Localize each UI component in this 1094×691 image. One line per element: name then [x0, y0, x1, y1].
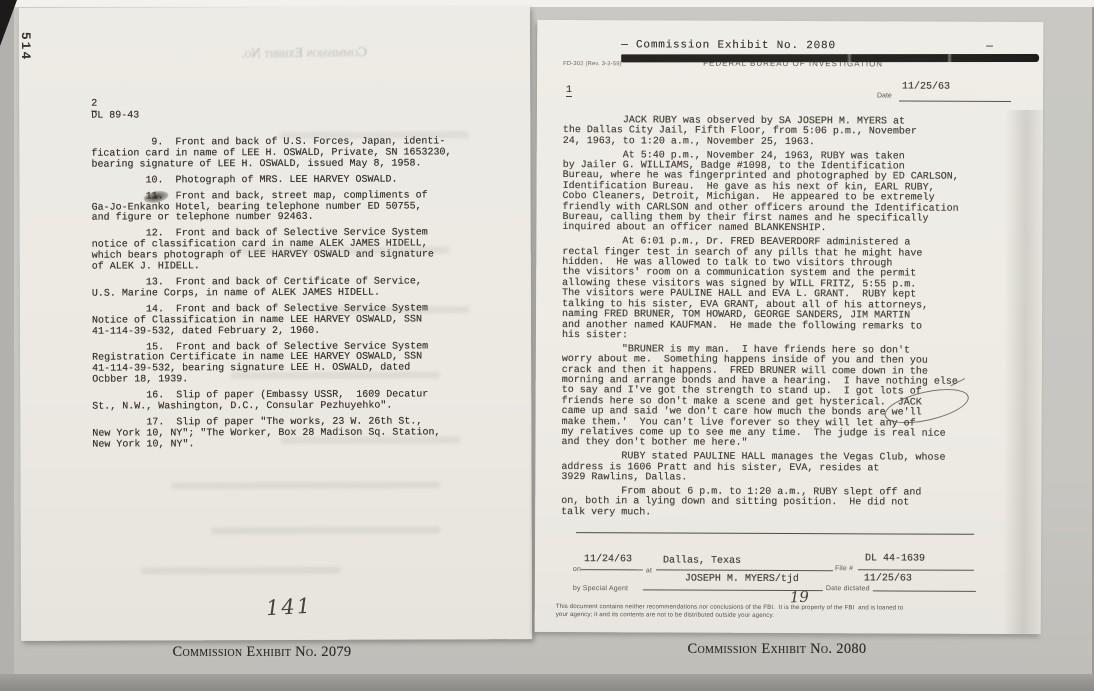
footer-divider-line — [576, 532, 974, 535]
exhibit-2080-page: — Commission Exhibit No. 2080— FD-302 (R… — [535, 20, 1044, 634]
exhibit-2079-caption: Commission Exhibit No. 2079 — [112, 644, 412, 661]
exhibit-stamp-line: — Commission Exhibit No. 2080— — [621, 39, 836, 52]
list-item-17: 17. Slip of paper "The works, 23 W. 26th… — [92, 417, 502, 451]
page-number: 1 — [566, 86, 572, 97]
document-header: 2DL 89-43 — [91, 99, 139, 122]
handwritten-number-141: 141 — [265, 594, 312, 621]
form-number: FD-302 (Rev. 3-3-59) — [563, 61, 622, 67]
special-agent-value: JOSEPH M. MYERS/tjd — [685, 575, 799, 586]
report-body: JACK RUBY was observed by SA JOSEPH M. M… — [561, 116, 1009, 523]
date-dictated-value: 11/25/63 — [864, 574, 912, 585]
date-dictated-label: Date dictated — [826, 585, 870, 592]
report-paragraph-3: At 6:01 p.m., Dr. FRED BEAVERDORF admini… — [562, 237, 1008, 343]
exhibit-2080-caption: Commission Exhibit No. 2080 — [627, 641, 927, 658]
bleed-through-streak — [230, 371, 440, 379]
list-item-16: 16. Slip of paper (Embassy USSR, 1609 De… — [92, 390, 502, 413]
list-item-9: 9. Front and back of U.S. Forces, Japan,… — [91, 137, 501, 171]
on-label: on — [573, 566, 581, 573]
report-paragraph-6: From about 6 p.m. to 1:20 a.m., RUBY sle… — [561, 487, 1007, 520]
bleed-through-streak — [211, 526, 441, 534]
list-item-10: 10. Photograph of MRS. LEE HARVEY OSWALD… — [91, 175, 501, 187]
bleed-through-streak — [141, 567, 341, 575]
exhibit-2079-page: 514 Commission Exhibit No. 2DL 89-43 9. … — [19, 6, 532, 641]
fbi-disclaimer: This document contains neither recommend… — [556, 603, 986, 620]
location-value: Dallas, Texas — [663, 556, 741, 567]
bleed-through-caption: Commission Exhibit No. — [169, 43, 439, 62]
file-field-line — [858, 569, 974, 571]
bleed-through-streak — [280, 436, 460, 444]
bleed-through-streak — [210, 246, 450, 254]
special-agent-label: by Special Agent — [573, 585, 628, 592]
dash-mark: — — [621, 39, 628, 51]
scan-top-edge — [0, 0, 1094, 7]
report-paragraph-5: RUBY stated PAULINE HALL manages the Veg… — [561, 452, 1007, 485]
bleed-through-streak — [171, 481, 441, 489]
list-item-15: 15. Front and back of Selective Service … — [92, 342, 502, 387]
report-paragraph-2: At 5:40 p.m., November 24, 1963, RUBY wa… — [562, 151, 1008, 236]
file-number: DL 89-43 — [91, 110, 139, 121]
scan-bottom-edge — [0, 674, 1094, 691]
margin-page-number: 514 — [18, 32, 33, 61]
at-field-line — [656, 569, 833, 571]
on-field-line — [581, 569, 643, 570]
paper-fold-shadow — [1003, 110, 1043, 634]
evidence-item-list: 9. Front and back of U.S. Forces, Japan,… — [91, 137, 502, 456]
date-field-line — [899, 100, 1011, 101]
file-number-value: DL 44-1639 — [865, 554, 925, 565]
bleed-through-streak — [310, 306, 470, 314]
date-value: 11/25/63 — [902, 82, 950, 93]
scan-left-edge — [0, 6, 14, 674]
scanned-document: 514 Commission Exhibit No. 2DL 89-43 9. … — [0, 0, 1094, 691]
report-paragraph-1: JACK RUBY was observed by SA JOSEPH M. M… — [563, 116, 1009, 149]
at-label: at — [646, 567, 652, 574]
bleed-through-streak — [279, 131, 469, 139]
on-date-value: 11/24/63 — [584, 555, 632, 566]
dictated-field-line — [873, 590, 976, 591]
scan-corner-shadow — [0, 0, 17, 46]
dash-mark: — — [986, 41, 993, 53]
redaction-bar — [621, 54, 1039, 62]
list-item-13: 13. Front and back of Certificate of Ser… — [92, 277, 502, 300]
exhibit-stamp-text: Commission Exhibit No. 2080 — [636, 39, 836, 52]
file-number-label: File # — [835, 565, 853, 572]
date-label: Date — [877, 92, 892, 99]
